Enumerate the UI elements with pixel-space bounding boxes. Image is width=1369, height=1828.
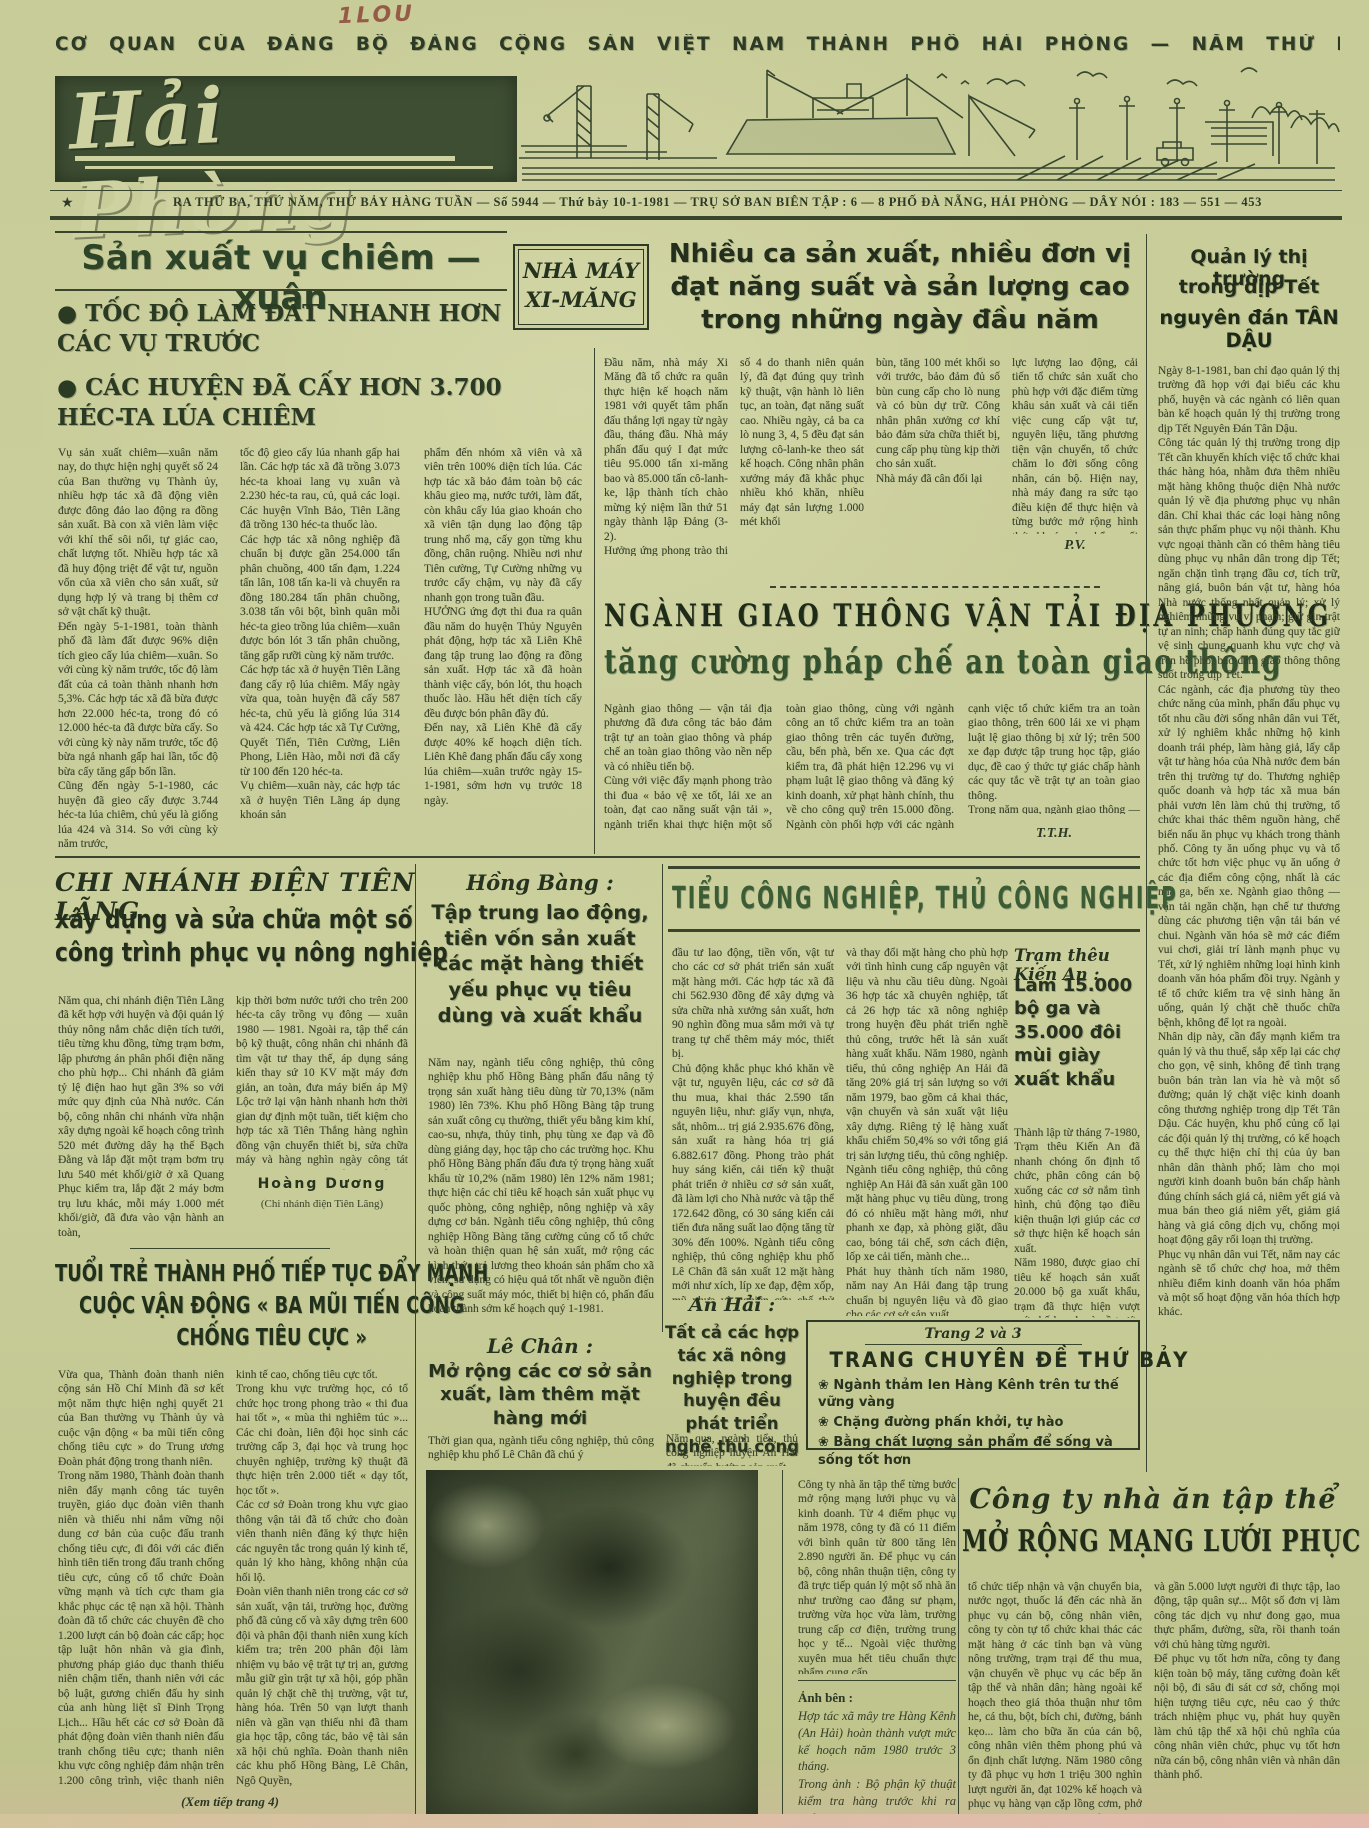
lead-bullet-1: ● TỐC ĐỘ LÀM ĐẤT NHANH HƠN CÁC VỤ TRƯỚC	[57, 299, 507, 365]
transport-title-1: NGÀNH GIAO THÔNG VẬN TẢI ĐỊA PHƯƠNG	[604, 598, 1140, 638]
harbor-illustration	[517, 58, 1340, 186]
lead-column-2: tốc độ gieo cấy lúa nhanh gấp hai lần. C…	[240, 446, 400, 852]
transport-column-2: toàn giao thông, cùng với ngành công an …	[786, 702, 954, 830]
star-icon: ★	[61, 195, 74, 212]
anhai-title: Tất cả các hợp tác xã nông nghiệp trong …	[664, 1322, 800, 1428]
cement-byline: P.V.	[1012, 538, 1138, 554]
section-rule	[55, 856, 1140, 858]
cement-column-2: số 4 do thanh niên quản lý, đã đạt đúng …	[740, 356, 864, 556]
anhai-kicker: An Hải :	[666, 1294, 798, 1316]
caption-rule	[798, 1680, 956, 1681]
youth-column-1: Vừa qua, Thành đoàn thanh niên cộng sản …	[58, 1368, 224, 1788]
kienan-title: Làm 15.000 bộ ga và 35.000 đôi mùi giày …	[1014, 974, 1140, 1122]
photo-caption-2: Trong ảnh : Bộ phận kỹ thuật kiểm tra hà…	[798, 1776, 956, 1818]
power-column-1: Năm qua, chi nhánh điện Tiên Lãng đã kết…	[58, 994, 224, 1242]
section-divider-dashed	[770, 586, 1100, 588]
cement-kicker-line1: NHÀ MÁY	[515, 258, 647, 283]
lead-title: Sản xuất vụ chiêm — xuân	[55, 238, 507, 286]
power-byline: Hoàng Dương	[236, 1176, 408, 1192]
market-body: Ngày 8-1-1981, ban chỉ đạo quản lý thị t…	[1158, 364, 1340, 1468]
transport-byline: T.T.H.	[968, 826, 1140, 842]
canteen-title: MỞ RỘNG MẠNG LƯỚI PHỤC VỤ	[962, 1524, 1340, 1566]
handicraft-banner-text: TIỂU CÔNG NGHIỆP, THỦ CÔNG NGHIỆP	[672, 881, 1178, 916]
scan-edge	[0, 1814, 1369, 1828]
right-column-divider	[1146, 234, 1147, 1472]
cement-kicker-box: NHÀ MÁY XI-MĂNG	[513, 244, 649, 330]
youth-column-2: kinh tế cao, chống tiêu cực tốt. Trong k…	[236, 1368, 408, 1788]
lechan-title: Mở rộng các cơ sở sản xuất, làm thêm mặt…	[426, 1360, 654, 1430]
masthead-rule-thick	[50, 216, 1342, 220]
cement-column-1: Đầu năm, nhà máy Xi Măng đã tổ chức ra q…	[604, 356, 728, 556]
cement-kicker-line2: XI-MĂNG	[515, 287, 647, 312]
lead-rule-top	[55, 231, 507, 233]
article-divider-rule	[130, 1248, 330, 1249]
kienan-body: Thành lập từ tháng 7-1980, Trạm thêu Kiế…	[1014, 1126, 1140, 1318]
transport-column-3: cạnh việc tổ chức kiểm tra an toàn giao …	[968, 702, 1140, 814]
youth-title-text: TUỔI TRẺ THÀNH PHỐ TIẾP TỤC ĐẨY MẠNH CUỘ…	[55, 1258, 488, 1355]
cement-column-3: bùn, tăng 100 mét khối so với trước, bảo…	[876, 356, 1000, 556]
newspaper-page: 1LOU CƠ QUAN CỦA ĐẢNG BỘ ĐẢNG CỘNG SẢN V…	[0, 0, 1369, 1828]
logo-underline	[85, 166, 493, 169]
special-pages-box: Trang 2 và 3 TRANG CHUYÊN ĐỀ THỨ BẢY ❀ N…	[806, 1320, 1140, 1450]
dateline: ★ RA THỨ BA, THỨ NĂM, THỨ BẢY HÀNG TUẦN …	[55, 195, 1340, 213]
special-pages-tag: Trang 2 và 3	[818, 1326, 1128, 1342]
market-title-line3: nguyên đán TÂN DẬU	[1156, 306, 1342, 352]
transport-column-1: Ngành giao thông — vận tải địa phương đã…	[604, 702, 772, 830]
cement-column-4: lực lượng lao động, cải tiến tổ chức sản…	[1012, 356, 1138, 534]
hongbang-body: Năm nay, ngành tiểu công nghiệp, thủ côn…	[428, 1056, 654, 1328]
column-divider	[415, 864, 416, 1816]
lead-column-3: phẩm đến nhóm xã viên và xã viên trên 10…	[424, 446, 582, 852]
market-title-line2: trong dịp Tết	[1156, 276, 1342, 298]
youth-continued-note: (Xem tiếp trang 4)	[90, 1794, 370, 1810]
hongbang-title: Tập trung lao động, tiền vốn sản xuất cá…	[426, 900, 654, 1050]
masthead-rule	[50, 190, 1342, 191]
handwritten-mark: 1LOU	[338, 0, 459, 34]
lechan-body: Thời gian qua, ngành tiểu công nghiệp, t…	[428, 1434, 654, 1466]
lead-column-1: Vụ sản xuất chiêm—xuân năm nay, do thực …	[58, 446, 218, 852]
column-divider	[594, 348, 595, 854]
hongbang-kicker: Hồng Bàng :	[426, 870, 654, 895]
handicraft-banner: TIỂU CÔNG NGHIỆP, THỦ CÔNG NGHIỆP	[668, 866, 1140, 932]
lead-rule-bottom	[55, 289, 507, 291]
special-pages-title: TRANG CHUYÊN ĐỀ THỨ BẢY	[818, 1348, 1128, 1374]
canteen-kicker: Công ty nhà ăn tập thể	[964, 1484, 1342, 1515]
anhai-body: Năm qua, ngành tiểu, thủ công nghiệp huy…	[666, 1432, 798, 1466]
special-pages-item: ❀ Bằng chất lượng sản phẩm để sống và số…	[818, 1434, 1128, 1468]
transport-title-2: tăng cường pháp chế an toàn giao thông	[604, 642, 1140, 690]
masthead-logo-box: Hải Phòng	[55, 76, 517, 182]
photo-caption: Hợp tác xã mây tre Hàng Kênh (An Hải) ho…	[798, 1708, 956, 1774]
canteen-column-0: Công ty nhà ăn tập thể từng bước mở rộng…	[798, 1478, 956, 1674]
special-pages-tag-rule	[865, 1344, 1082, 1345]
special-pages-item: ❀ Chặng đường phấn khởi, tự hào	[818, 1414, 1128, 1431]
dateline-text: RA THỨ BA, THỨ NĂM, THỨ BẢY HÀNG TUẦN — …	[55, 195, 1340, 210]
cement-title: Nhiều ca sản xuất, nhiều đơn vị đạt năng…	[660, 238, 1140, 346]
handicraft-column-a: đầu tư lao động, tiền vốn, vật tư cho cá…	[672, 946, 834, 1300]
power-byline-org: (Chi nhánh điện Tiên Lãng)	[236, 1198, 408, 1210]
column-divider	[662, 864, 663, 1332]
handicraft-column-b: và thay đổi mặt hàng cho phù hợp với tìn…	[846, 946, 1008, 1316]
canteen-title-text: MỞ RỘNG MẠNG LƯỚI PHỤC VỤ	[962, 1524, 1369, 1559]
lechan-kicker: Lê Chân :	[426, 1334, 654, 1358]
photo-caption-label: Ảnh bên :	[798, 1690, 956, 1706]
logo-underline	[75, 156, 455, 161]
workshop-photo	[426, 1470, 758, 1816]
power-title-text: xây dựng và sửa chữa một số công trình p…	[55, 904, 448, 971]
lead-bullet-2: ● CÁC HUYỆN ĐÃ CẤY HƠN 3.700 HÉC-TA LÚA …	[57, 373, 507, 439]
canteen-column-2: và gần 5.000 lượt người đi thực tập, lao…	[1154, 1580, 1340, 1818]
canteen-column-1: tổ chức tiếp nhận và vận chuyển bia, nướ…	[968, 1580, 1142, 1818]
column-divider	[958, 1478, 959, 1818]
power-column-2: kịp thời bơm nước tưới cho trên 200 héc-…	[236, 994, 408, 1170]
special-pages-item: ❀ Ngành thảm len Hàng Kênh trên tư thế v…	[818, 1377, 1128, 1411]
caption-divider	[782, 1470, 783, 1818]
special-pages-title-text: TRANG CHUYÊN ĐỀ THỨ BẢY	[829, 1348, 1189, 1372]
